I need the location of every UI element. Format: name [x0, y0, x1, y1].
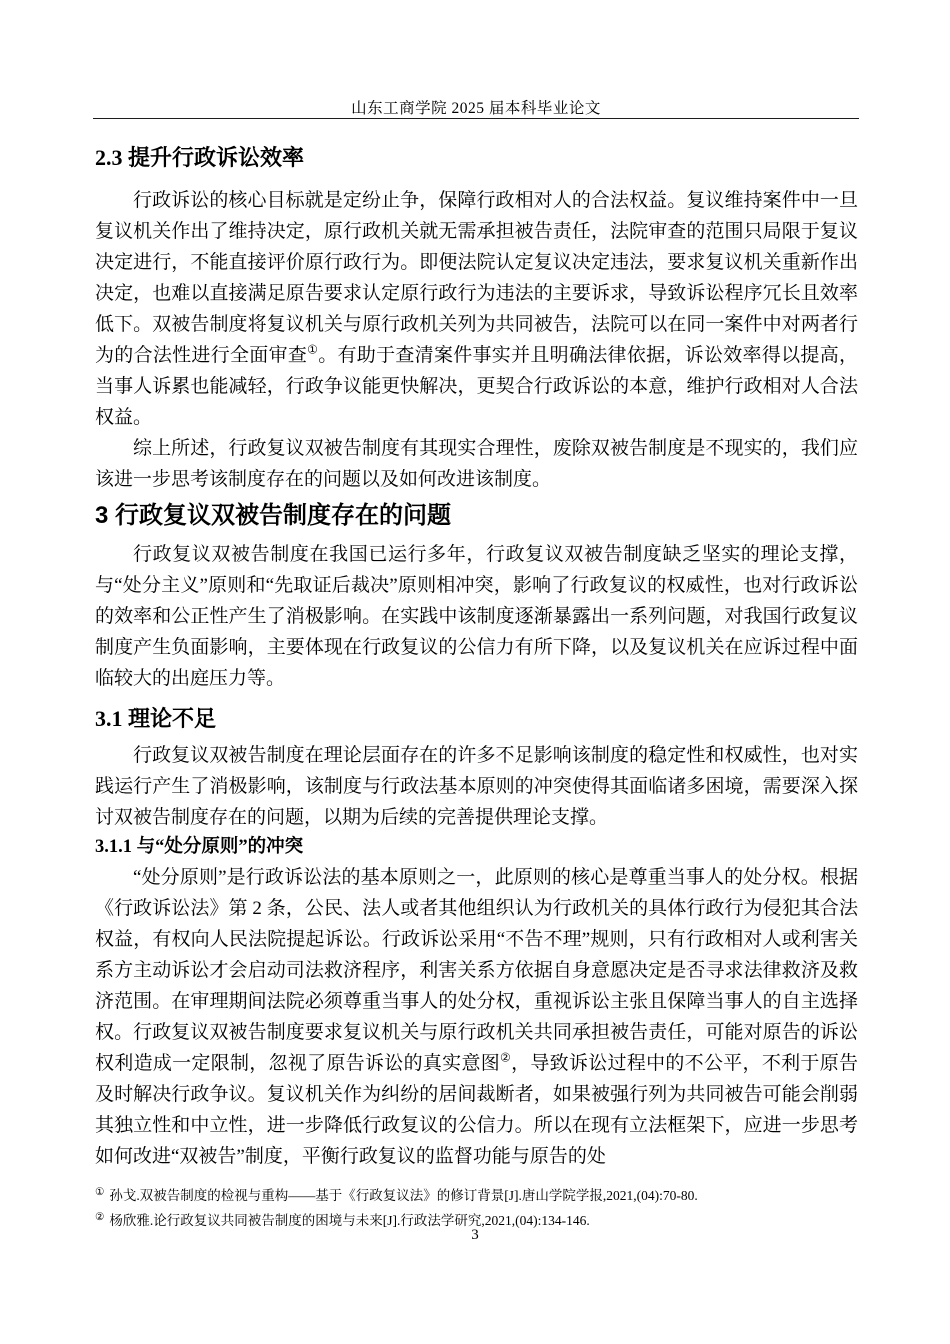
- document-page: 山东工商学院 2025 届本科毕业论文 2.3 提升行政诉讼效率 行政诉讼的核心…: [0, 0, 950, 1344]
- paragraph-1-text: 行政诉讼的核心目标就是定纷止争，保障行政相对人的合法权益。复议维持案件中一旦复议…: [95, 190, 858, 366]
- page-number: 3: [0, 1227, 950, 1244]
- page-body: 2.3 提升行政诉讼效率 行政诉讼的核心目标就是定纷止争，保障行政相对人的合法权…: [95, 121, 858, 1172]
- footnote-1-marker: ①: [95, 1187, 104, 1198]
- heading-3-1-1: 3.1.1 与“处分原则”的冲突: [95, 834, 858, 860]
- footnote-1-text: 孙戈.双被告制度的检视与重构——基于《行政复议法》的修订背景[J].唐山学院学报…: [109, 1188, 697, 1203]
- running-header-title: 山东工商学院 2025 届本科毕业论文: [351, 100, 601, 117]
- footnotes-block: ①孙戈.双被告制度的检视与重构——基于《行政复议法》的修订背景[J].唐山学院学…: [95, 1183, 858, 1233]
- header-rule: [93, 118, 859, 119]
- paragraph-3: 行政复议双被告制度在我国已运行多年，行政复议双被告制度缺乏坚实的理论支撑，与“处…: [95, 539, 858, 694]
- paragraph-1: 行政诉讼的核心目标就是定纷止争，保障行政相对人的合法权益。复议维持案件中一旦复议…: [95, 185, 858, 433]
- heading-3: 3 行政复议双被告制度存在的问题: [95, 499, 858, 533]
- paragraph-5: “处分原则”是行政诉讼法的基本原则之一，此原则的核心是尊重当事人的处分权。根据《…: [95, 862, 858, 1172]
- paragraph-5-text: “处分原则”是行政诉讼法的基本原则之一，此原则的核心是尊重当事人的处分权。根据《…: [95, 867, 858, 1074]
- footnote-2-marker: ②: [95, 1212, 104, 1223]
- footnote-ref-2: ②: [500, 1051, 511, 1065]
- footnote-1: ①孙戈.双被告制度的检视与重构——基于《行政复议法》的修订背景[J].唐山学院学…: [95, 1183, 858, 1208]
- heading-2-3: 2.3 提升行政诉讼效率: [95, 143, 858, 173]
- footnote-ref-1: ①: [307, 343, 318, 357]
- heading-3-1: 3.1 理论不足: [95, 704, 858, 734]
- paragraph-4: 行政复议双被告制度在理论层面存在的许多不足影响该制度的稳定性和权威性，也对实践运…: [95, 740, 858, 833]
- footnote-2-text: 杨欣雅.论行政复议共同被告制度的困境与未来[J].行政法学研究,2021,(04…: [109, 1213, 589, 1228]
- paragraph-2: 综上所述，行政复议双被告制度有其现实合理性，废除双被告制度是不现实的，我们应该进…: [95, 433, 858, 495]
- running-header: 山东工商学院 2025 届本科毕业论文: [93, 96, 859, 118]
